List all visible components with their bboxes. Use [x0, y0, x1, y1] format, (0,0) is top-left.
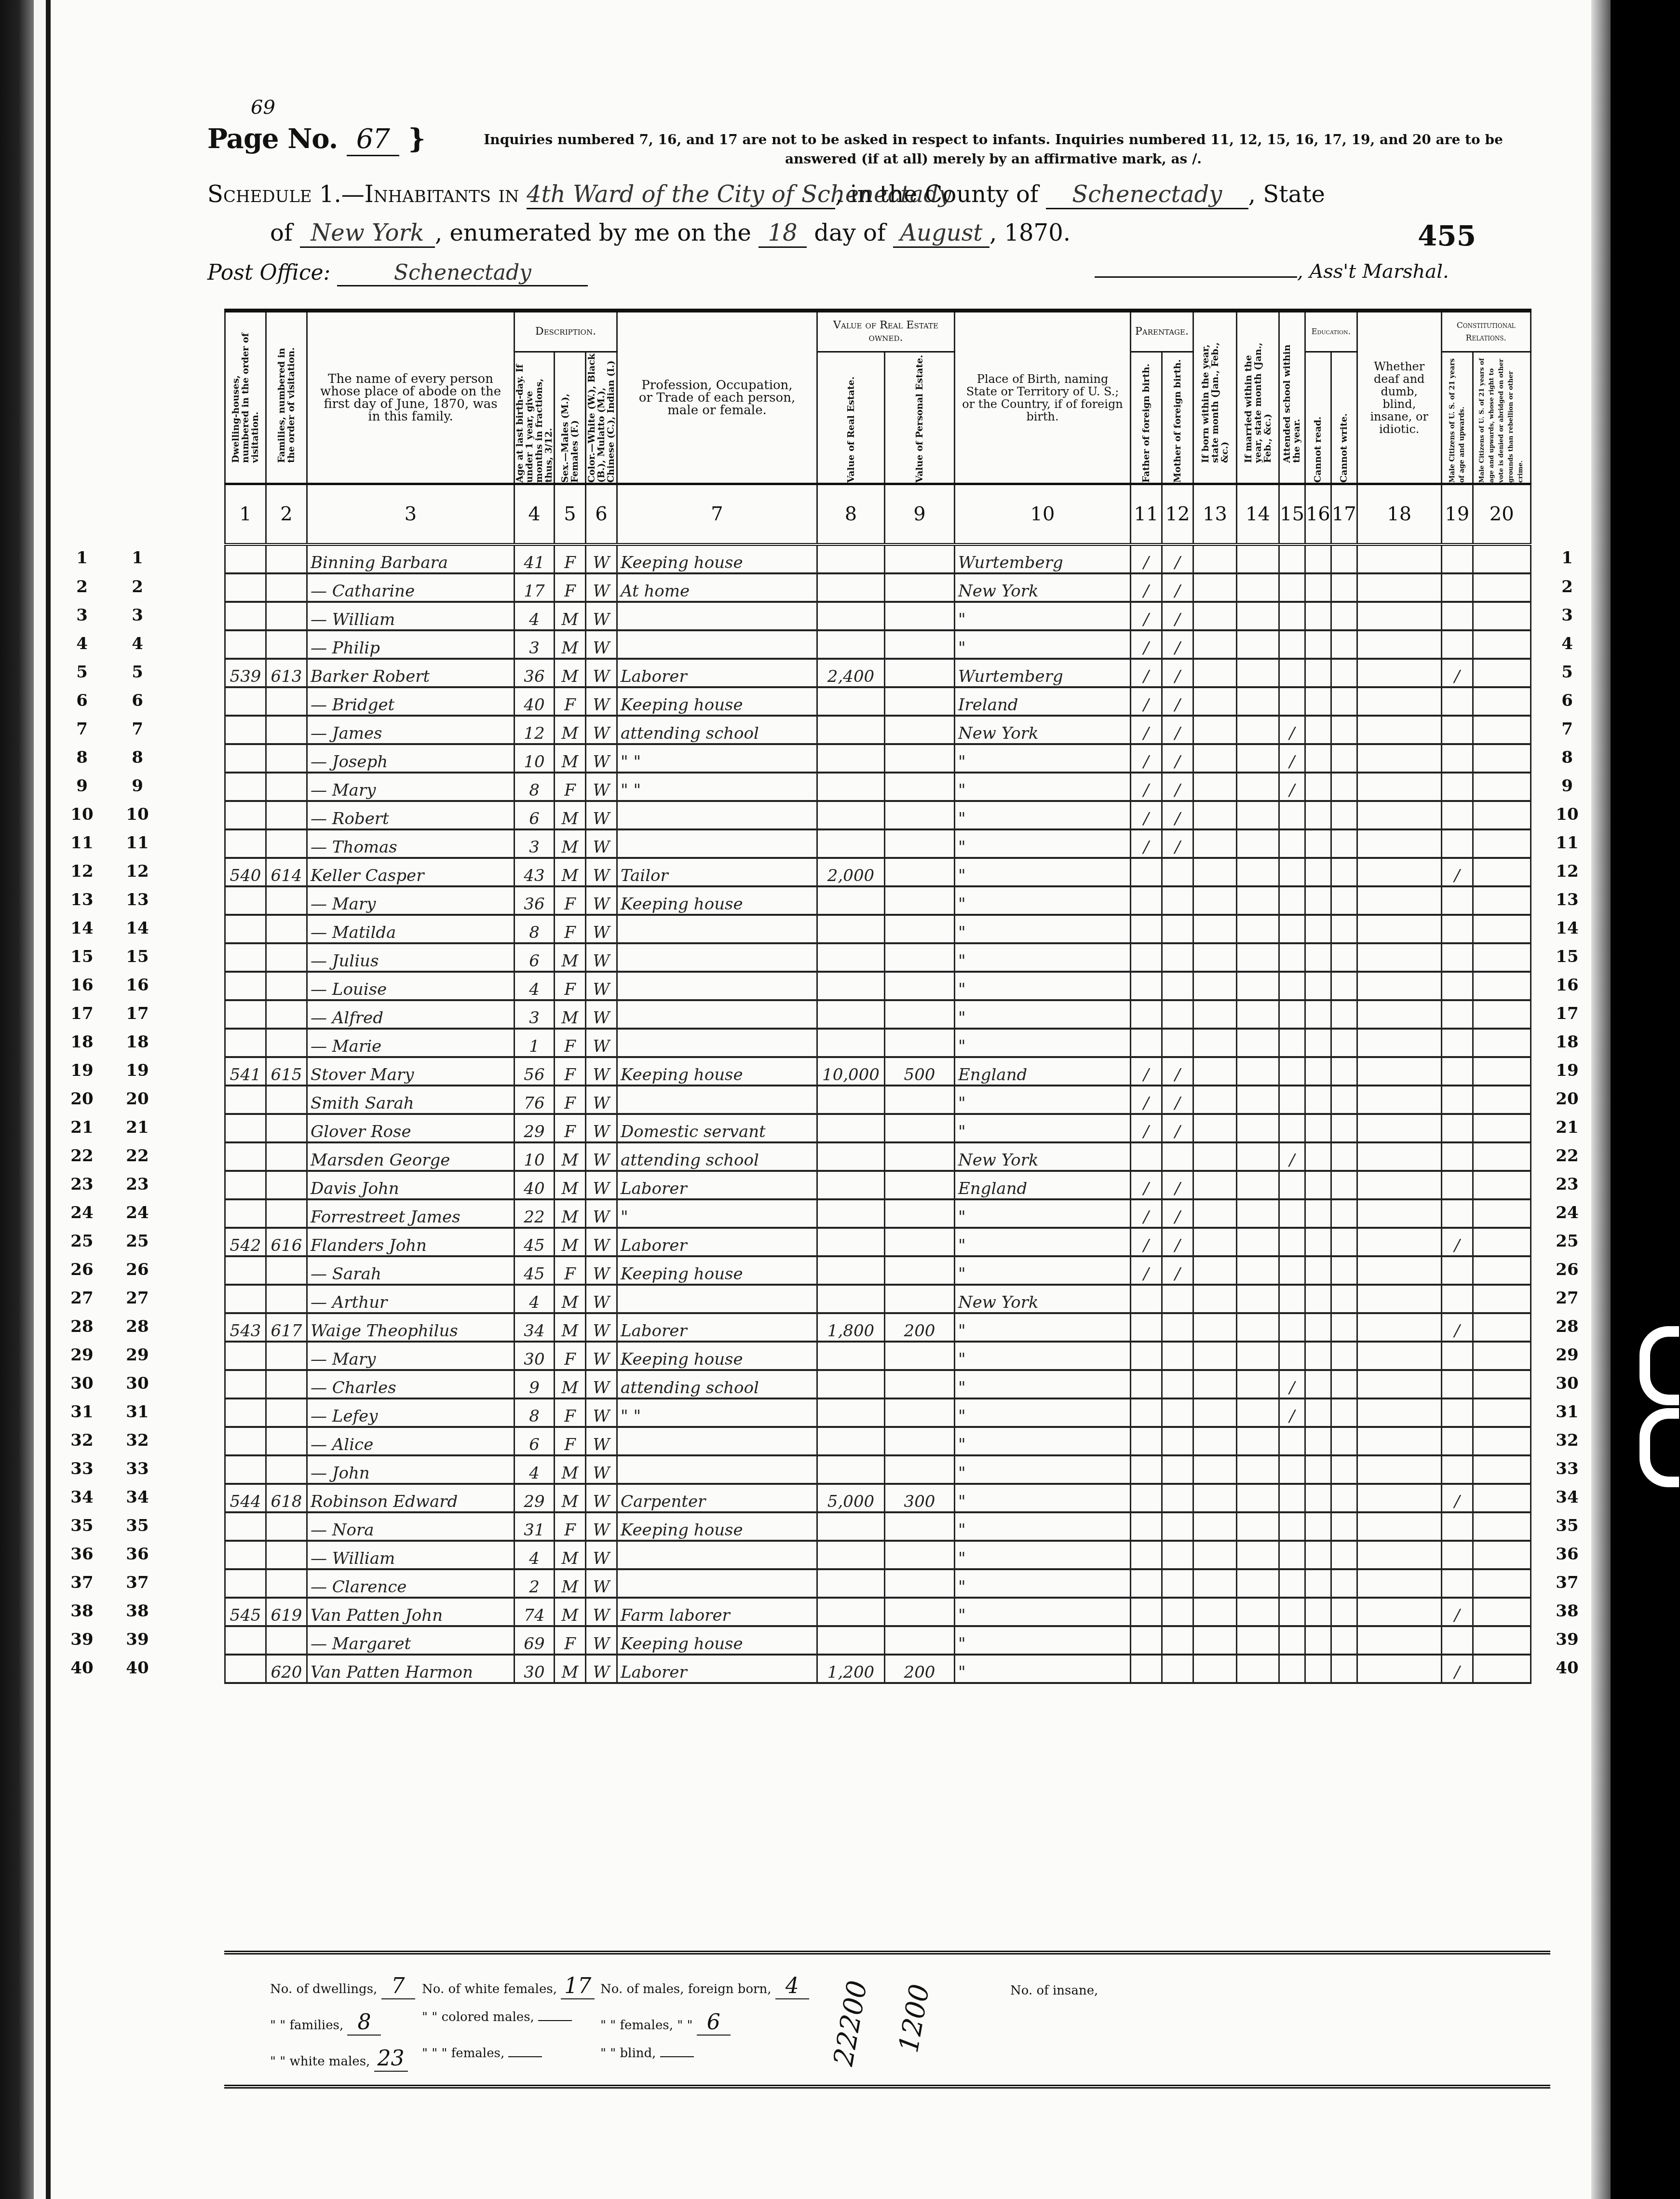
empty-cell	[1357, 716, 1441, 744]
empty-cell	[1193, 1285, 1237, 1313]
real-estate-value-cell	[817, 1029, 885, 1057]
family-number-cell	[266, 1285, 307, 1313]
dwelling-number-cell	[225, 1171, 266, 1199]
personal-estate-value-cell	[885, 1142, 955, 1171]
personal-estate-value-cell	[885, 1370, 955, 1398]
personal-estate-value-cell	[885, 773, 955, 801]
empty-cell	[1357, 886, 1441, 915]
empty-cell	[1305, 1427, 1331, 1455]
empty-cell	[1331, 1171, 1357, 1199]
personal-estate-value-cell	[885, 1398, 955, 1427]
dwelling-number-cell	[225, 1512, 266, 1541]
color-cell: W	[586, 1598, 617, 1626]
line-number: 18	[123, 1032, 152, 1052]
empty-cell	[1331, 1455, 1357, 1484]
empty-cell	[1237, 744, 1279, 773]
line-number: 22	[123, 1146, 152, 1166]
line-number: 40	[68, 1658, 96, 1678]
sex-cell: M	[555, 1455, 586, 1484]
real-estate-value-cell	[817, 1256, 885, 1285]
personal-estate-value-cell	[885, 858, 955, 886]
empty-cell	[1331, 1541, 1357, 1569]
dwelling-number-cell	[225, 1427, 266, 1455]
birthplace-cell: New York	[955, 1142, 1131, 1171]
empty-cell	[1331, 1512, 1357, 1541]
school-mark-cell: /	[1279, 716, 1305, 744]
empty-cell	[1193, 829, 1237, 858]
sex-cell: M	[555, 1228, 586, 1256]
mother-foreign-mark-cell	[1162, 1398, 1193, 1427]
line-number: 38	[68, 1602, 96, 1621]
sex-cell: F	[555, 773, 586, 801]
sex-cell: M	[555, 716, 586, 744]
personal-estate-value-cell	[885, 1342, 955, 1370]
family-number-cell	[266, 1541, 307, 1569]
father-foreign-mark-cell: /	[1131, 1256, 1162, 1285]
empty-cell	[1357, 829, 1441, 858]
citizen-mark-cell	[1441, 1342, 1473, 1370]
father-foreign-mark-cell: /	[1131, 1171, 1162, 1199]
empty-cell	[1331, 1370, 1357, 1398]
empty-cell	[1357, 858, 1441, 886]
mother-foreign-mark-cell: /	[1162, 773, 1193, 801]
mother-foreign-mark-cell: /	[1162, 1114, 1193, 1142]
line-number: 29	[123, 1345, 152, 1365]
mother-foreign-mark-cell: /	[1162, 1057, 1193, 1086]
census-row: — Philip3MW"//	[225, 630, 1531, 659]
empty-cell	[1237, 1598, 1279, 1626]
dwelling-number-cell	[225, 544, 266, 573]
empty-cell	[1193, 1256, 1237, 1285]
empty-cell	[1473, 544, 1531, 573]
empty-cell	[1357, 602, 1441, 630]
personal-estate-value-cell	[885, 1228, 955, 1256]
person-name-cell: — Louise	[307, 972, 515, 1000]
family-number-cell	[266, 744, 307, 773]
color-cell: W	[586, 1569, 617, 1598]
empty-cell	[1357, 1598, 1441, 1626]
school-mark-cell	[1279, 1626, 1305, 1655]
dwelling-number-cell	[225, 1086, 266, 1114]
line-number: 12	[123, 862, 152, 881]
scan-background	[1611, 0, 1680, 2199]
empty-cell	[1473, 1541, 1531, 1569]
empty-cell	[1305, 1285, 1331, 1313]
empty-cell	[1473, 972, 1531, 1000]
line-number: 3	[123, 606, 152, 625]
age-cell: 74	[515, 1598, 555, 1626]
col-header-sex: Sex.—Males (M.), Females (F.)	[555, 352, 586, 484]
color-cell: W	[586, 544, 617, 573]
line-number: 35	[68, 1516, 96, 1535]
occupation-cell: Keeping house	[617, 1256, 817, 1285]
personal-estate-value-cell: 500	[885, 1057, 955, 1086]
person-name-cell: — Margaret	[307, 1626, 515, 1655]
citizen-mark-cell	[1441, 829, 1473, 858]
family-number-cell: 614	[266, 858, 307, 886]
col-header-school: Attended school within the year.	[1279, 311, 1305, 484]
occupation-cell: " "	[617, 1398, 817, 1427]
occupation-cell: Keeping house	[617, 886, 817, 915]
line-number: 39	[68, 1630, 96, 1649]
empty-cell	[1331, 1000, 1357, 1029]
line-number: 11	[68, 833, 96, 853]
empty-cell	[1305, 687, 1331, 716]
line-number: 34	[123, 1488, 152, 1507]
empty-cell	[1473, 744, 1531, 773]
census-row: 620Van Patten Harmon30MWLaborer1,200200"…	[225, 1655, 1531, 1683]
age-cell: 12	[515, 716, 555, 744]
empty-cell	[1331, 716, 1357, 744]
empty-cell	[1331, 1086, 1357, 1114]
empty-cell	[1331, 886, 1357, 915]
empty-cell	[1473, 1626, 1531, 1655]
father-foreign-mark-cell: /	[1131, 773, 1162, 801]
personal-estate-value-cell	[885, 972, 955, 1000]
column-number-row: 1234567891011121314151617181920	[225, 484, 1531, 545]
empty-cell	[1357, 630, 1441, 659]
census-row: Marsden George10MWattending schoolNew Yo…	[225, 1142, 1531, 1171]
empty-cell	[1237, 1455, 1279, 1484]
col-header-disability: Whether deaf and dumb, blind, insane, or…	[1357, 311, 1441, 484]
occupation-cell: Keeping house	[617, 1057, 817, 1086]
empty-cell	[1331, 1484, 1357, 1512]
line-number: 7	[1550, 719, 1584, 739]
dwelling-number-cell	[225, 829, 266, 858]
line-number: 9	[1550, 776, 1584, 796]
birthplace-cell: "	[955, 1199, 1131, 1228]
dwelling-number-cell: 539	[225, 659, 266, 687]
line-number: 24	[123, 1203, 152, 1222]
citizen-mark-cell	[1441, 1370, 1473, 1398]
real-estate-value-cell	[817, 630, 885, 659]
county-field: Schenectady	[1046, 181, 1248, 209]
father-foreign-mark-cell: /	[1131, 1228, 1162, 1256]
family-number-cell	[266, 602, 307, 630]
personal-estate-value-cell	[885, 1199, 955, 1228]
census-row: — Mary36FWKeeping house"	[225, 886, 1531, 915]
line-number: 1	[1550, 548, 1584, 568]
col-header-citizen: Male Citizens of U. S. of 21 years of ag…	[1441, 352, 1473, 484]
line-number: 9	[68, 776, 96, 796]
person-name-cell: Marsden George	[307, 1142, 515, 1171]
family-number-cell	[266, 573, 307, 602]
sex-cell: F	[555, 972, 586, 1000]
empty-cell	[1305, 630, 1331, 659]
empty-cell	[1193, 1171, 1237, 1199]
line-number: 1	[123, 548, 152, 568]
real-estate-value-cell: 10,000	[817, 1057, 885, 1086]
census-row: — Mary8FW" ""///	[225, 773, 1531, 801]
family-number-cell	[266, 1000, 307, 1029]
line-number: 21	[123, 1118, 152, 1137]
real-estate-value-cell: 1,200	[817, 1655, 885, 1683]
father-foreign-mark-cell: /	[1131, 602, 1162, 630]
empty-cell	[1237, 1199, 1279, 1228]
citizen-mark-cell	[1441, 1029, 1473, 1057]
sex-cell: F	[555, 886, 586, 915]
father-foreign-mark-cell	[1131, 1541, 1162, 1569]
line-number: 40	[1550, 1658, 1584, 1678]
col-header-cannot-read: Cannot read.	[1305, 352, 1331, 484]
empty-cell	[1193, 716, 1237, 744]
school-mark-cell	[1279, 972, 1305, 1000]
birthplace-cell: "	[955, 829, 1131, 858]
family-number-cell: 616	[266, 1228, 307, 1256]
personal-estate-value-cell	[885, 915, 955, 943]
color-cell: W	[586, 972, 617, 1000]
line-number: 23	[123, 1175, 152, 1194]
empty-cell	[1193, 1029, 1237, 1057]
school-mark-cell	[1279, 687, 1305, 716]
occupation-cell: Laborer	[617, 1171, 817, 1199]
census-row: 543617Waige Theophilus34MWLaborer1,80020…	[225, 1313, 1531, 1342]
col-header-age: Age at last birth-day. If under 1 year, …	[515, 352, 555, 484]
father-foreign-mark-cell	[1131, 1398, 1162, 1427]
empty-cell	[1473, 943, 1531, 972]
empty-cell	[1305, 602, 1331, 630]
empty-cell	[1473, 1256, 1531, 1285]
summary-colored-males: " " colored males,	[422, 2010, 572, 2024]
empty-cell	[1237, 1000, 1279, 1029]
school-mark-cell	[1279, 1029, 1305, 1057]
citizen-mark-cell	[1441, 1000, 1473, 1029]
school-mark-cell	[1279, 1313, 1305, 1342]
color-cell: W	[586, 687, 617, 716]
line-number: 18	[1550, 1032, 1584, 1052]
person-name-cell: — Mary	[307, 773, 515, 801]
sex-cell: M	[555, 801, 586, 829]
personal-estate-value-cell	[885, 1256, 955, 1285]
school-mark-cell	[1279, 1598, 1305, 1626]
family-number-cell	[266, 1086, 307, 1114]
birthplace-cell: "	[955, 1114, 1131, 1142]
birthplace-cell: "	[955, 1342, 1131, 1370]
family-number-cell	[266, 1256, 307, 1285]
line-number: 38	[123, 1602, 152, 1621]
personal-estate-value-cell	[885, 1626, 955, 1655]
empty-cell	[1357, 1142, 1441, 1171]
birthplace-cell: Wurtemberg	[955, 544, 1131, 573]
empty-cell	[1331, 1142, 1357, 1171]
line-number: 26	[1550, 1260, 1584, 1279]
color-cell: W	[586, 1427, 617, 1455]
empty-cell	[1193, 1484, 1237, 1512]
mother-foreign-mark-cell: /	[1162, 1086, 1193, 1114]
citizen-mark-cell	[1441, 773, 1473, 801]
line-number: 2	[1550, 577, 1584, 597]
birthplace-cell: "	[955, 1512, 1131, 1541]
school-mark-cell: /	[1279, 744, 1305, 773]
birthplace-cell: "	[955, 886, 1131, 915]
dwelling-number-cell	[225, 1342, 266, 1370]
empty-cell	[1305, 1171, 1331, 1199]
school-mark-cell	[1279, 829, 1305, 858]
color-cell: W	[586, 829, 617, 858]
empty-cell	[1357, 1285, 1441, 1313]
father-foreign-mark-cell	[1131, 1626, 1162, 1655]
empty-cell	[1473, 1228, 1531, 1256]
mother-foreign-mark-cell: /	[1162, 1199, 1193, 1228]
school-mark-cell: /	[1279, 1370, 1305, 1398]
col-header-vote-denied: Male Citizens of U. S. of 21 years of ag…	[1473, 352, 1531, 484]
person-name-cell: Robinson Edward	[307, 1484, 515, 1512]
empty-cell	[1357, 1427, 1441, 1455]
sex-cell: M	[555, 943, 586, 972]
father-foreign-mark-cell	[1131, 1370, 1162, 1398]
empty-cell	[1305, 1342, 1331, 1370]
mother-foreign-mark-cell	[1162, 1655, 1193, 1683]
person-name-cell: — Matilda	[307, 915, 515, 943]
empty-cell	[1237, 630, 1279, 659]
line-number: 16	[68, 976, 96, 995]
family-number-cell	[266, 801, 307, 829]
mother-foreign-mark-cell	[1162, 1541, 1193, 1569]
day-of-label: day of	[814, 219, 885, 246]
occupation-cell: Carpenter	[617, 1484, 817, 1512]
dwelling-number-cell	[225, 915, 266, 943]
occupation-cell	[617, 1000, 817, 1029]
real-estate-value-cell	[817, 1000, 885, 1029]
empty-cell	[1237, 858, 1279, 886]
citizen-mark-cell	[1441, 886, 1473, 915]
census-row: 541615Stover Mary56FWKeeping house10,000…	[225, 1057, 1531, 1086]
personal-estate-value-cell	[885, 1598, 955, 1626]
sex-cell: F	[555, 1086, 586, 1114]
father-foreign-mark-cell	[1131, 972, 1162, 1000]
empty-cell	[1193, 1342, 1237, 1370]
empty-cell	[1357, 1342, 1441, 1370]
father-foreign-mark-cell: /	[1131, 801, 1162, 829]
real-estate-value-cell: 2,000	[817, 858, 885, 886]
empty-cell	[1357, 1256, 1441, 1285]
school-mark-cell	[1279, 1086, 1305, 1114]
empty-cell	[1357, 687, 1441, 716]
color-cell: W	[586, 1370, 617, 1398]
marshal-signature-field	[1095, 276, 1297, 278]
occupation-cell	[617, 1427, 817, 1455]
group-header-real-estate: Value of Real Estate owned.	[817, 311, 955, 352]
dwelling-number-cell	[225, 1029, 266, 1057]
scan-ring-mark	[1639, 1408, 1679, 1487]
real-estate-value-cell	[817, 915, 885, 943]
real-estate-value-cell	[817, 687, 885, 716]
birthplace-cell: "	[955, 1427, 1131, 1455]
person-name-cell: Keller Casper	[307, 858, 515, 886]
line-number: 20	[1550, 1089, 1584, 1109]
family-number-cell: 620	[266, 1655, 307, 1683]
person-name-cell: Stover Mary	[307, 1057, 515, 1086]
person-name-cell: — Julius	[307, 943, 515, 972]
mother-foreign-mark-cell	[1162, 1370, 1193, 1398]
school-mark-cell	[1279, 1512, 1305, 1541]
occupation-cell: " "	[617, 773, 817, 801]
occupation-cell	[617, 602, 817, 630]
dwelling-number-cell	[225, 1398, 266, 1427]
line-number: 8	[68, 748, 96, 767]
line-number: 13	[1550, 890, 1584, 909]
empty-cell	[1193, 1598, 1237, 1626]
dwelling-number-cell	[225, 886, 266, 915]
census-row: — Louise4FW"	[225, 972, 1531, 1000]
line-number: 36	[68, 1545, 96, 1564]
citizen-mark-cell: /	[1441, 1228, 1473, 1256]
citizen-mark-cell	[1441, 1114, 1473, 1142]
empty-cell	[1331, 1598, 1357, 1626]
citizen-mark-cell	[1441, 1541, 1473, 1569]
color-cell: W	[586, 858, 617, 886]
enumerated-label: , enumerated by me on the	[435, 219, 751, 246]
line-number: 32	[68, 1431, 96, 1450]
school-mark-cell	[1279, 1541, 1305, 1569]
empty-cell	[1473, 1398, 1531, 1427]
line-number: 3	[68, 606, 96, 625]
empty-cell	[1357, 972, 1441, 1000]
birthplace-cell: "	[955, 1398, 1131, 1427]
citizen-mark-cell	[1441, 972, 1473, 1000]
line-number: 21	[1550, 1118, 1584, 1137]
empty-cell	[1237, 716, 1279, 744]
real-estate-value-cell	[817, 1512, 885, 1541]
mother-foreign-mark-cell: /	[1162, 687, 1193, 716]
father-foreign-mark-cell: /	[1131, 1199, 1162, 1228]
empty-cell	[1193, 744, 1237, 773]
empty-cell	[1193, 773, 1237, 801]
empty-cell	[1237, 1512, 1279, 1541]
column-number: 10	[955, 484, 1131, 545]
occupation-cell: Keeping house	[617, 1626, 817, 1655]
mother-foreign-mark-cell	[1162, 972, 1193, 1000]
citizen-mark-cell	[1441, 744, 1473, 773]
line-number: 33	[1550, 1459, 1584, 1479]
empty-cell	[1237, 1313, 1279, 1342]
empty-cell	[1357, 1199, 1441, 1228]
age-cell: 4	[515, 602, 555, 630]
age-cell: 6	[515, 943, 555, 972]
empty-cell	[1237, 801, 1279, 829]
dwelling-number-cell: 541	[225, 1057, 266, 1086]
real-estate-value-cell	[817, 1455, 885, 1484]
census-row: Glover Rose29FWDomestic servant"//	[225, 1114, 1531, 1142]
empty-cell	[1331, 915, 1357, 943]
birthplace-cell: "	[955, 1569, 1131, 1598]
age-cell: 9	[515, 1370, 555, 1398]
birthplace-cell: "	[955, 630, 1131, 659]
school-mark-cell: /	[1279, 1398, 1305, 1427]
empty-cell	[1331, 1655, 1357, 1683]
sex-cell: M	[555, 602, 586, 630]
empty-cell	[1237, 1569, 1279, 1598]
citizen-mark-cell	[1441, 1285, 1473, 1313]
person-name-cell: Glover Rose	[307, 1114, 515, 1142]
empty-cell	[1473, 1569, 1531, 1598]
line-number: 39	[1550, 1630, 1584, 1649]
empty-cell	[1237, 943, 1279, 972]
line-number: 16	[123, 976, 152, 995]
color-cell: W	[586, 943, 617, 972]
person-name-cell: Davis John	[307, 1171, 515, 1199]
empty-cell	[1305, 1228, 1331, 1256]
personal-estate-value-cell	[885, 801, 955, 829]
line-number: 24	[68, 1203, 96, 1222]
age-cell: 30	[515, 1655, 555, 1683]
mother-foreign-mark-cell: /	[1162, 573, 1193, 602]
father-foreign-mark-cell	[1131, 858, 1162, 886]
empty-cell	[1237, 1541, 1279, 1569]
empty-cell	[1305, 1256, 1331, 1285]
father-foreign-mark-cell	[1131, 1285, 1162, 1313]
line-number: 10	[123, 805, 152, 824]
